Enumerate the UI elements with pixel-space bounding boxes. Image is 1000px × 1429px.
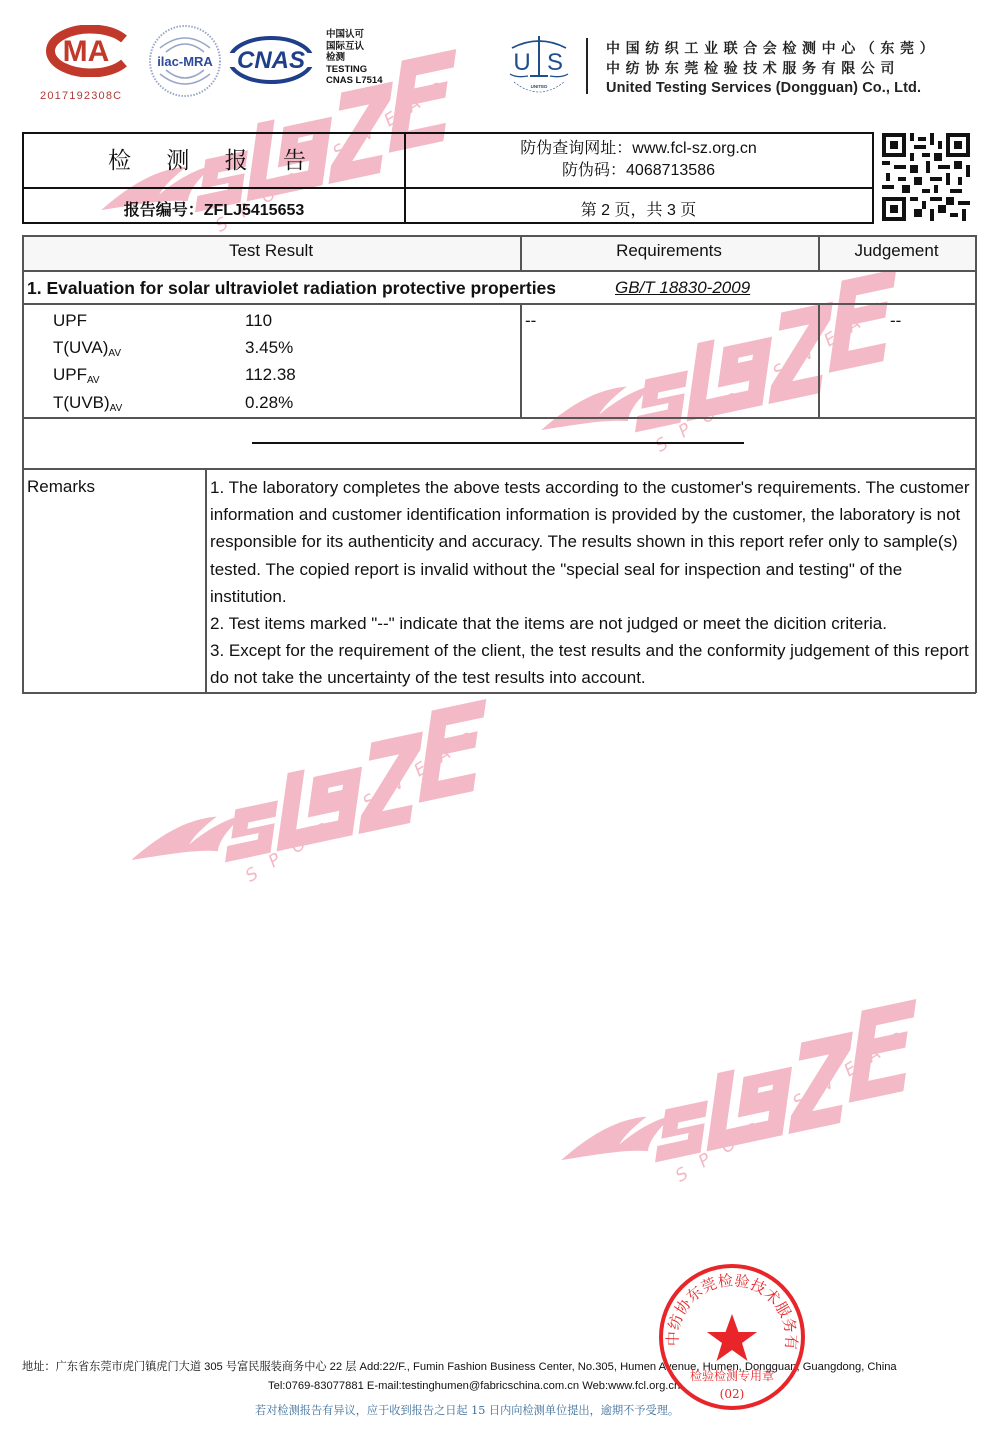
svg-text:UNITED: UNITED [531, 84, 549, 89]
cma-code: 2017192308C [40, 90, 122, 102]
footer-notice: 若对检测报告有异议，应于收到报告之日起 15 日内向检测单位提出，逾期不予受理。 [255, 1402, 679, 1418]
test-standard: GB/T 18830-2009 [615, 278, 750, 298]
param-value: 110 [245, 311, 272, 331]
page-indicator: 第 2 页，共 3 页 [405, 197, 872, 220]
company-name-cn-1: 中国纺织工业联合会检测中心（东莞） [606, 38, 939, 58]
uts-logo: U S UNITED [506, 32, 572, 98]
svg-text:ilac-MRA: ilac-MRA [157, 54, 213, 69]
verification-info: 防伪查询网址：www.fcl-sz.org.cn 防伪码：4068713586 [405, 138, 872, 182]
remark-item: 1. The laboratory completes the above te… [210, 474, 972, 610]
column-header-requirements: Requirements [520, 241, 818, 261]
cnas-accreditation-text: 中国认可 国际互认 检测 TESTING CNAS L7514 [326, 29, 383, 87]
column-header-test-result: Test Result [22, 241, 520, 261]
param-name: UPF [53, 311, 87, 332]
param-name: T(UVA)AV [53, 338, 121, 359]
requirements-value: -- [525, 311, 536, 331]
cnas-logo: CNAS [228, 36, 314, 84]
header-divider [586, 38, 588, 94]
svg-text:(02): (02) [720, 1387, 745, 1401]
cma-mark-text: MA [63, 35, 110, 68]
report-number: 报告编号：ZFLJ5415653 [24, 197, 404, 220]
verify-url-link[interactable]: www.fcl-sz.org.cn [632, 140, 756, 157]
section-title: 1. Evaluation for solar ultraviolet radi… [27, 278, 556, 299]
param-name: UPFAV [53, 365, 100, 386]
company-name-cn-2: 中纺协东莞检验技术服务有限公司 [606, 58, 939, 78]
verify-code: 4068713586 [626, 162, 715, 179]
remark-item: 2. Test items marked "--" indicate that … [210, 610, 972, 637]
svg-text:U: U [513, 49, 530, 76]
report-title-box: 检 测 报 告 报告编号：ZFLJ5415653 防伪查询网址：www.fcl-… [22, 132, 874, 224]
ilac-mra-logo: ilac-MRA [148, 24, 222, 98]
cma-logo: MA [38, 25, 134, 77]
column-header-judgement: Judgement [818, 241, 975, 261]
remark-item: 3. Except for the requirement of the cli… [210, 637, 972, 691]
param-value: 112.38 [245, 365, 296, 385]
judgement-value: -- [890, 311, 901, 331]
param-name: T(UVB)AV [53, 393, 122, 414]
svg-text:检验检测专用章: 检验检测专用章 [690, 1368, 774, 1383]
qr-code-icon[interactable] [882, 133, 970, 221]
param-value: 0.28% [245, 393, 293, 413]
company-name: 中国纺织工业联合会检测中心（东莞） 中纺协东莞检验技术服务有限公司 United… [606, 38, 939, 98]
remarks-label: Remarks [27, 477, 95, 497]
svg-text:CNAS: CNAS [237, 47, 305, 74]
report-title: 检 测 报 告 [24, 142, 404, 175]
star-icon [707, 1314, 757, 1361]
remarks-text: 1. The laboratory completes the above te… [210, 474, 972, 692]
official-seal: 中纺协东莞检验技术服务有限公司 检验检测专用章 (02) [657, 1262, 807, 1412]
svg-text:S: S [547, 49, 563, 76]
param-value: 3.45% [245, 338, 293, 358]
company-name-en: United Testing Services (Dongguan) Co., … [606, 78, 939, 98]
end-of-results-line [252, 442, 744, 444]
footer-contact: Tel:0769-83077881 E-mail:testinghumen@fa… [268, 1380, 680, 1392]
